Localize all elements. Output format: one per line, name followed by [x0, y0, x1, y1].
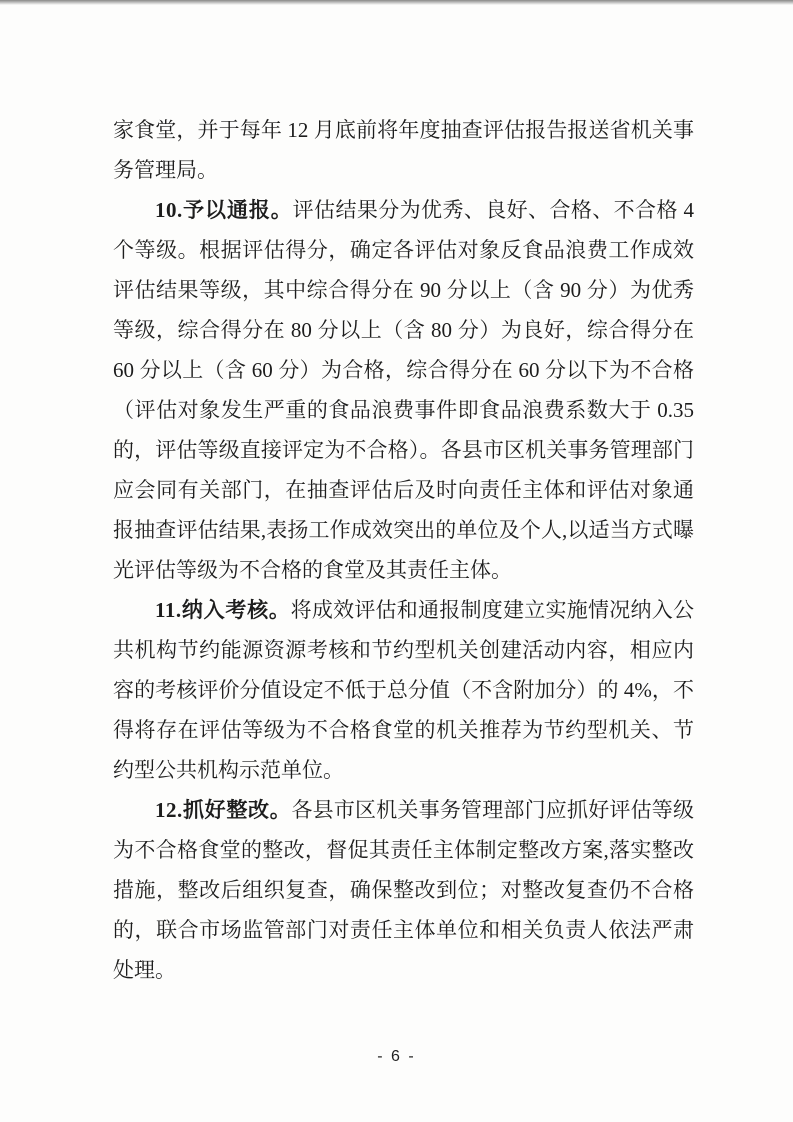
- section-10-body: 评估结果分为优秀、良好、合格、不合格 4 个等级。根据评估得分，确定各评估对象反…: [113, 198, 694, 582]
- scan-edge-shading: [0, 0, 793, 5]
- section-10: 10.予以通报。评估结果分为优秀、良好、合格、不合格 4 个等级。根据评估得分，…: [113, 190, 694, 590]
- document-page: 家食堂，并于每年 12 月底前将年度抽查评估报告报送省机关事务管理局。 10.予…: [0, 0, 793, 1122]
- paragraph-continuation: 家食堂，并于每年 12 月底前将年度抽查评估报告报送省机关事务管理局。: [113, 110, 694, 190]
- section-10-heading: 10.予以通报。: [155, 198, 293, 222]
- section-12-heading: 12.抓好整改。: [155, 798, 291, 822]
- section-11: 11.纳入考核。将成效评估和通报制度建立实施情况纳入公共机构节约能源资源考核和节…: [113, 590, 694, 790]
- page-number: - 6 -: [0, 1048, 793, 1066]
- section-12-body: 各县市区机关事务管理部门应抓好评估等级为不合格食堂的整改，督促其责任主体制定整改…: [113, 798, 694, 982]
- section-12: 12.抓好整改。各县市区机关事务管理部门应抓好评估等级为不合格食堂的整改，督促其…: [113, 790, 694, 990]
- section-11-body: 将成效评估和通报制度建立实施情况纳入公共机构节约能源资源考核和节约型机关创建活动…: [113, 598, 694, 782]
- document-body: 家食堂，并于每年 12 月底前将年度抽查评估报告报送省机关事务管理局。 10.予…: [113, 110, 694, 990]
- section-11-heading: 11.纳入考核。: [155, 598, 291, 622]
